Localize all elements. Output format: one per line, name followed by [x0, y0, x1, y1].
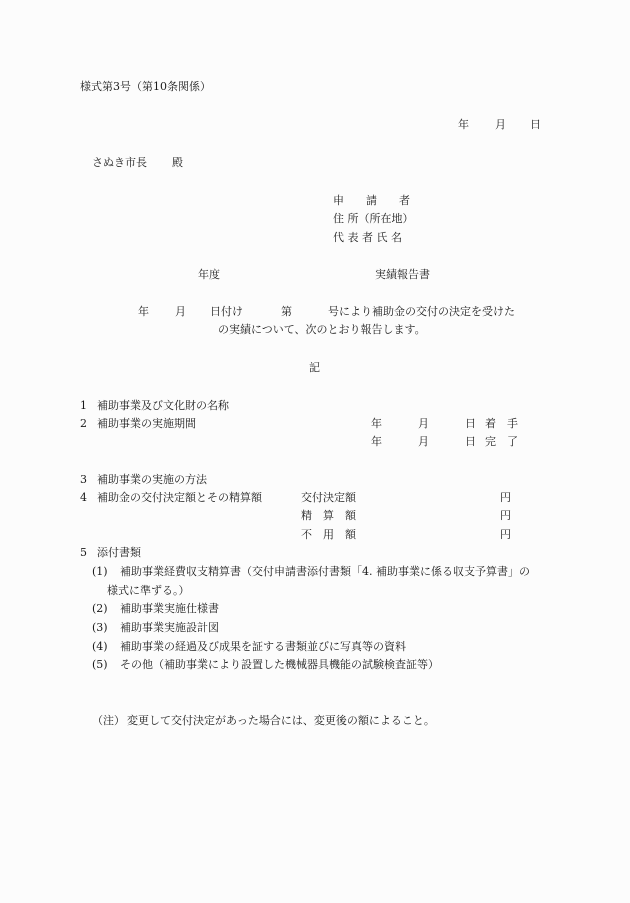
- attachment-text: 補助事業実施設計図: [120, 621, 219, 635]
- intro-line2: の実績について、次のとおり報告します。: [218, 323, 426, 337]
- report-title-text: 実績報告書: [375, 268, 430, 282]
- item-number: 5: [80, 546, 87, 560]
- applicant-representative-label: 代 表 者 氏 名: [333, 231, 402, 245]
- item-number: 2: [80, 417, 87, 431]
- period-start-status: 着 手: [485, 417, 518, 431]
- attachment-number: (4): [92, 640, 108, 654]
- amount-unit: 円: [500, 509, 511, 523]
- period-end-status: 完 了: [485, 435, 518, 449]
- note-label: （注）: [92, 714, 125, 728]
- amount-unit: 円: [500, 528, 511, 542]
- period-start-year: 年: [371, 417, 382, 431]
- note-text: 変更して交付決定があった場合には、変更後の額によること。: [127, 714, 435, 728]
- applicant-label: 申 請 者: [333, 194, 410, 208]
- item-number: 1: [80, 399, 87, 413]
- amount-label-unused: 不 用 額: [301, 528, 356, 542]
- date-month: 月: [495, 118, 506, 132]
- period-end-year: 年: [371, 435, 382, 449]
- item-label: 補助金の交付決定額とその精算額: [97, 491, 262, 505]
- amount-label-decided: 交付決定額: [301, 491, 356, 505]
- intro-year: 年: [138, 305, 149, 319]
- date-day: 日: [530, 118, 541, 132]
- item-number: 3: [80, 473, 87, 487]
- attachment-text: その他（補助事業により設置した機械器具機能の試験検査証等）: [120, 658, 439, 672]
- amount-label-settled: 精 算 額: [301, 509, 356, 523]
- date-year: 年: [458, 118, 469, 132]
- addressee-honorific: 殿: [172, 156, 183, 170]
- fiscal-year-label: 年度: [198, 268, 220, 282]
- intro-number-prefix: 第: [281, 305, 292, 319]
- attachment-text: 補助事業の経過及び成果を証する書類並びに写真等の資料: [120, 640, 406, 654]
- item-label: 補助事業及び文化財の名称: [97, 399, 229, 413]
- period-start-month: 月: [418, 417, 429, 431]
- attachment-number: (1): [92, 565, 108, 579]
- item-number: 4: [80, 491, 87, 505]
- attachment-number: (3): [92, 621, 108, 635]
- attachment-text-continued: 様式に準ずる。）: [107, 584, 190, 598]
- attachment-text: 補助事業実施仕様書: [120, 602, 219, 616]
- item-label: 補助事業の実施の方法: [97, 473, 207, 487]
- ki-heading: 記: [309, 361, 320, 375]
- period-end-month: 月: [418, 435, 429, 449]
- intro-dated: 日付け: [210, 305, 243, 319]
- period-start-day: 日: [465, 417, 476, 431]
- intro-rest: 号により補助金の交付の決定を受けた: [328, 305, 515, 319]
- form-label: 様式第3号（第10条関係）: [80, 80, 211, 94]
- attachment-number: (2): [92, 602, 108, 616]
- attachment-number: (5): [92, 658, 108, 672]
- item-label: 添付書類: [97, 546, 141, 560]
- applicant-address-label: 住 所（所在地）: [333, 212, 414, 226]
- addressee-name: さぬき市長: [92, 156, 147, 170]
- amount-unit: 円: [500, 491, 511, 505]
- intro-month: 月: [175, 305, 186, 319]
- period-end-day: 日: [465, 435, 476, 449]
- item-label: 補助事業の実施期間: [97, 417, 196, 431]
- attachment-text: 補助事業経費収支精算書（交付申請書添付書類「4. 補助事業に係る収支予算書」の: [120, 565, 530, 579]
